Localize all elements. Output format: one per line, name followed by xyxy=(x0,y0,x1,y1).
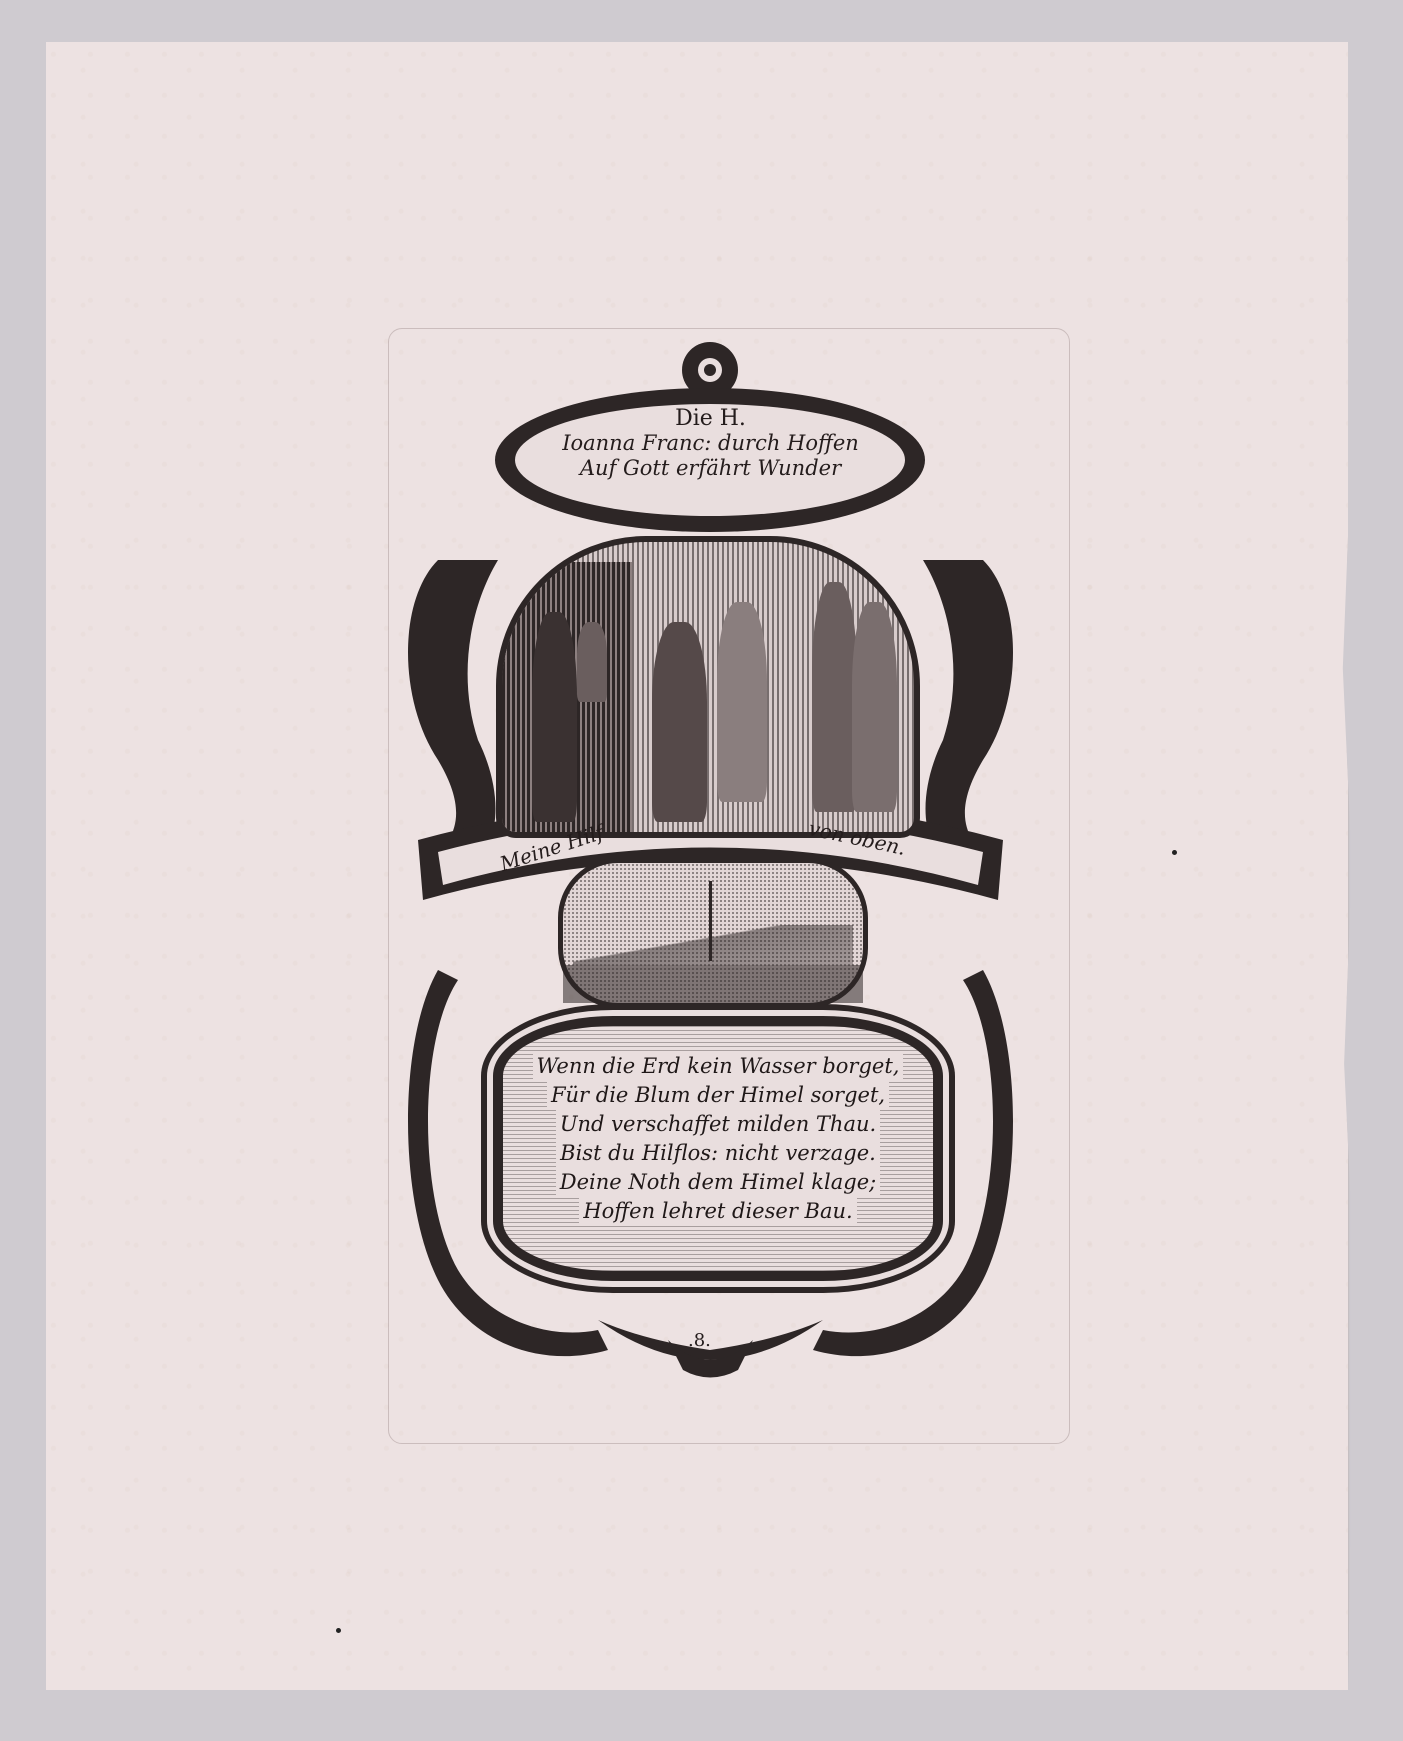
woman-with-basket-figure xyxy=(852,602,897,812)
narrative-scene xyxy=(496,536,920,838)
title-line: Auf Gott erfährt Wunder xyxy=(518,456,903,481)
flower-icon xyxy=(709,881,712,961)
poem-line: Hoffen lehret dieser Bau. xyxy=(579,1197,856,1226)
angel-figure xyxy=(717,602,767,802)
poem-line: Wenn die Erd kein Wasser borget, xyxy=(533,1052,904,1081)
title-line: Die H. xyxy=(518,406,903,431)
title-line: Ioanna Franc: durch Hoffen xyxy=(518,431,903,456)
landscape-vignette xyxy=(558,858,868,1008)
poem-line: Für die Blum der Himel sorget, xyxy=(547,1081,889,1110)
poem-line: Und verschaffet milden Thau. xyxy=(556,1110,880,1139)
field xyxy=(563,965,863,1003)
ink-speck xyxy=(336,1628,341,1633)
pilgrim-figure xyxy=(652,622,707,822)
nun-figure xyxy=(532,612,577,822)
nun-figure xyxy=(577,622,607,702)
hills xyxy=(573,925,853,965)
engraving: Die H. Ioanna Franc: durch Hoffen Auf Go… xyxy=(398,340,1023,1380)
ink-speck xyxy=(1172,850,1177,855)
title-cartouche: Die H. Ioanna Franc: durch Hoffen Auf Go… xyxy=(518,406,903,516)
woman-with-basket-figure xyxy=(812,582,857,812)
poem-line: Deine Noth dem Himel klage; xyxy=(556,1168,880,1197)
poem-line: Bist du Hilflos: nicht verzage. xyxy=(556,1139,880,1168)
poem-cartouche: Wenn die Erd kein Wasser borget, Für die… xyxy=(493,1016,943,1281)
plate-number: .8. xyxy=(688,1330,711,1351)
